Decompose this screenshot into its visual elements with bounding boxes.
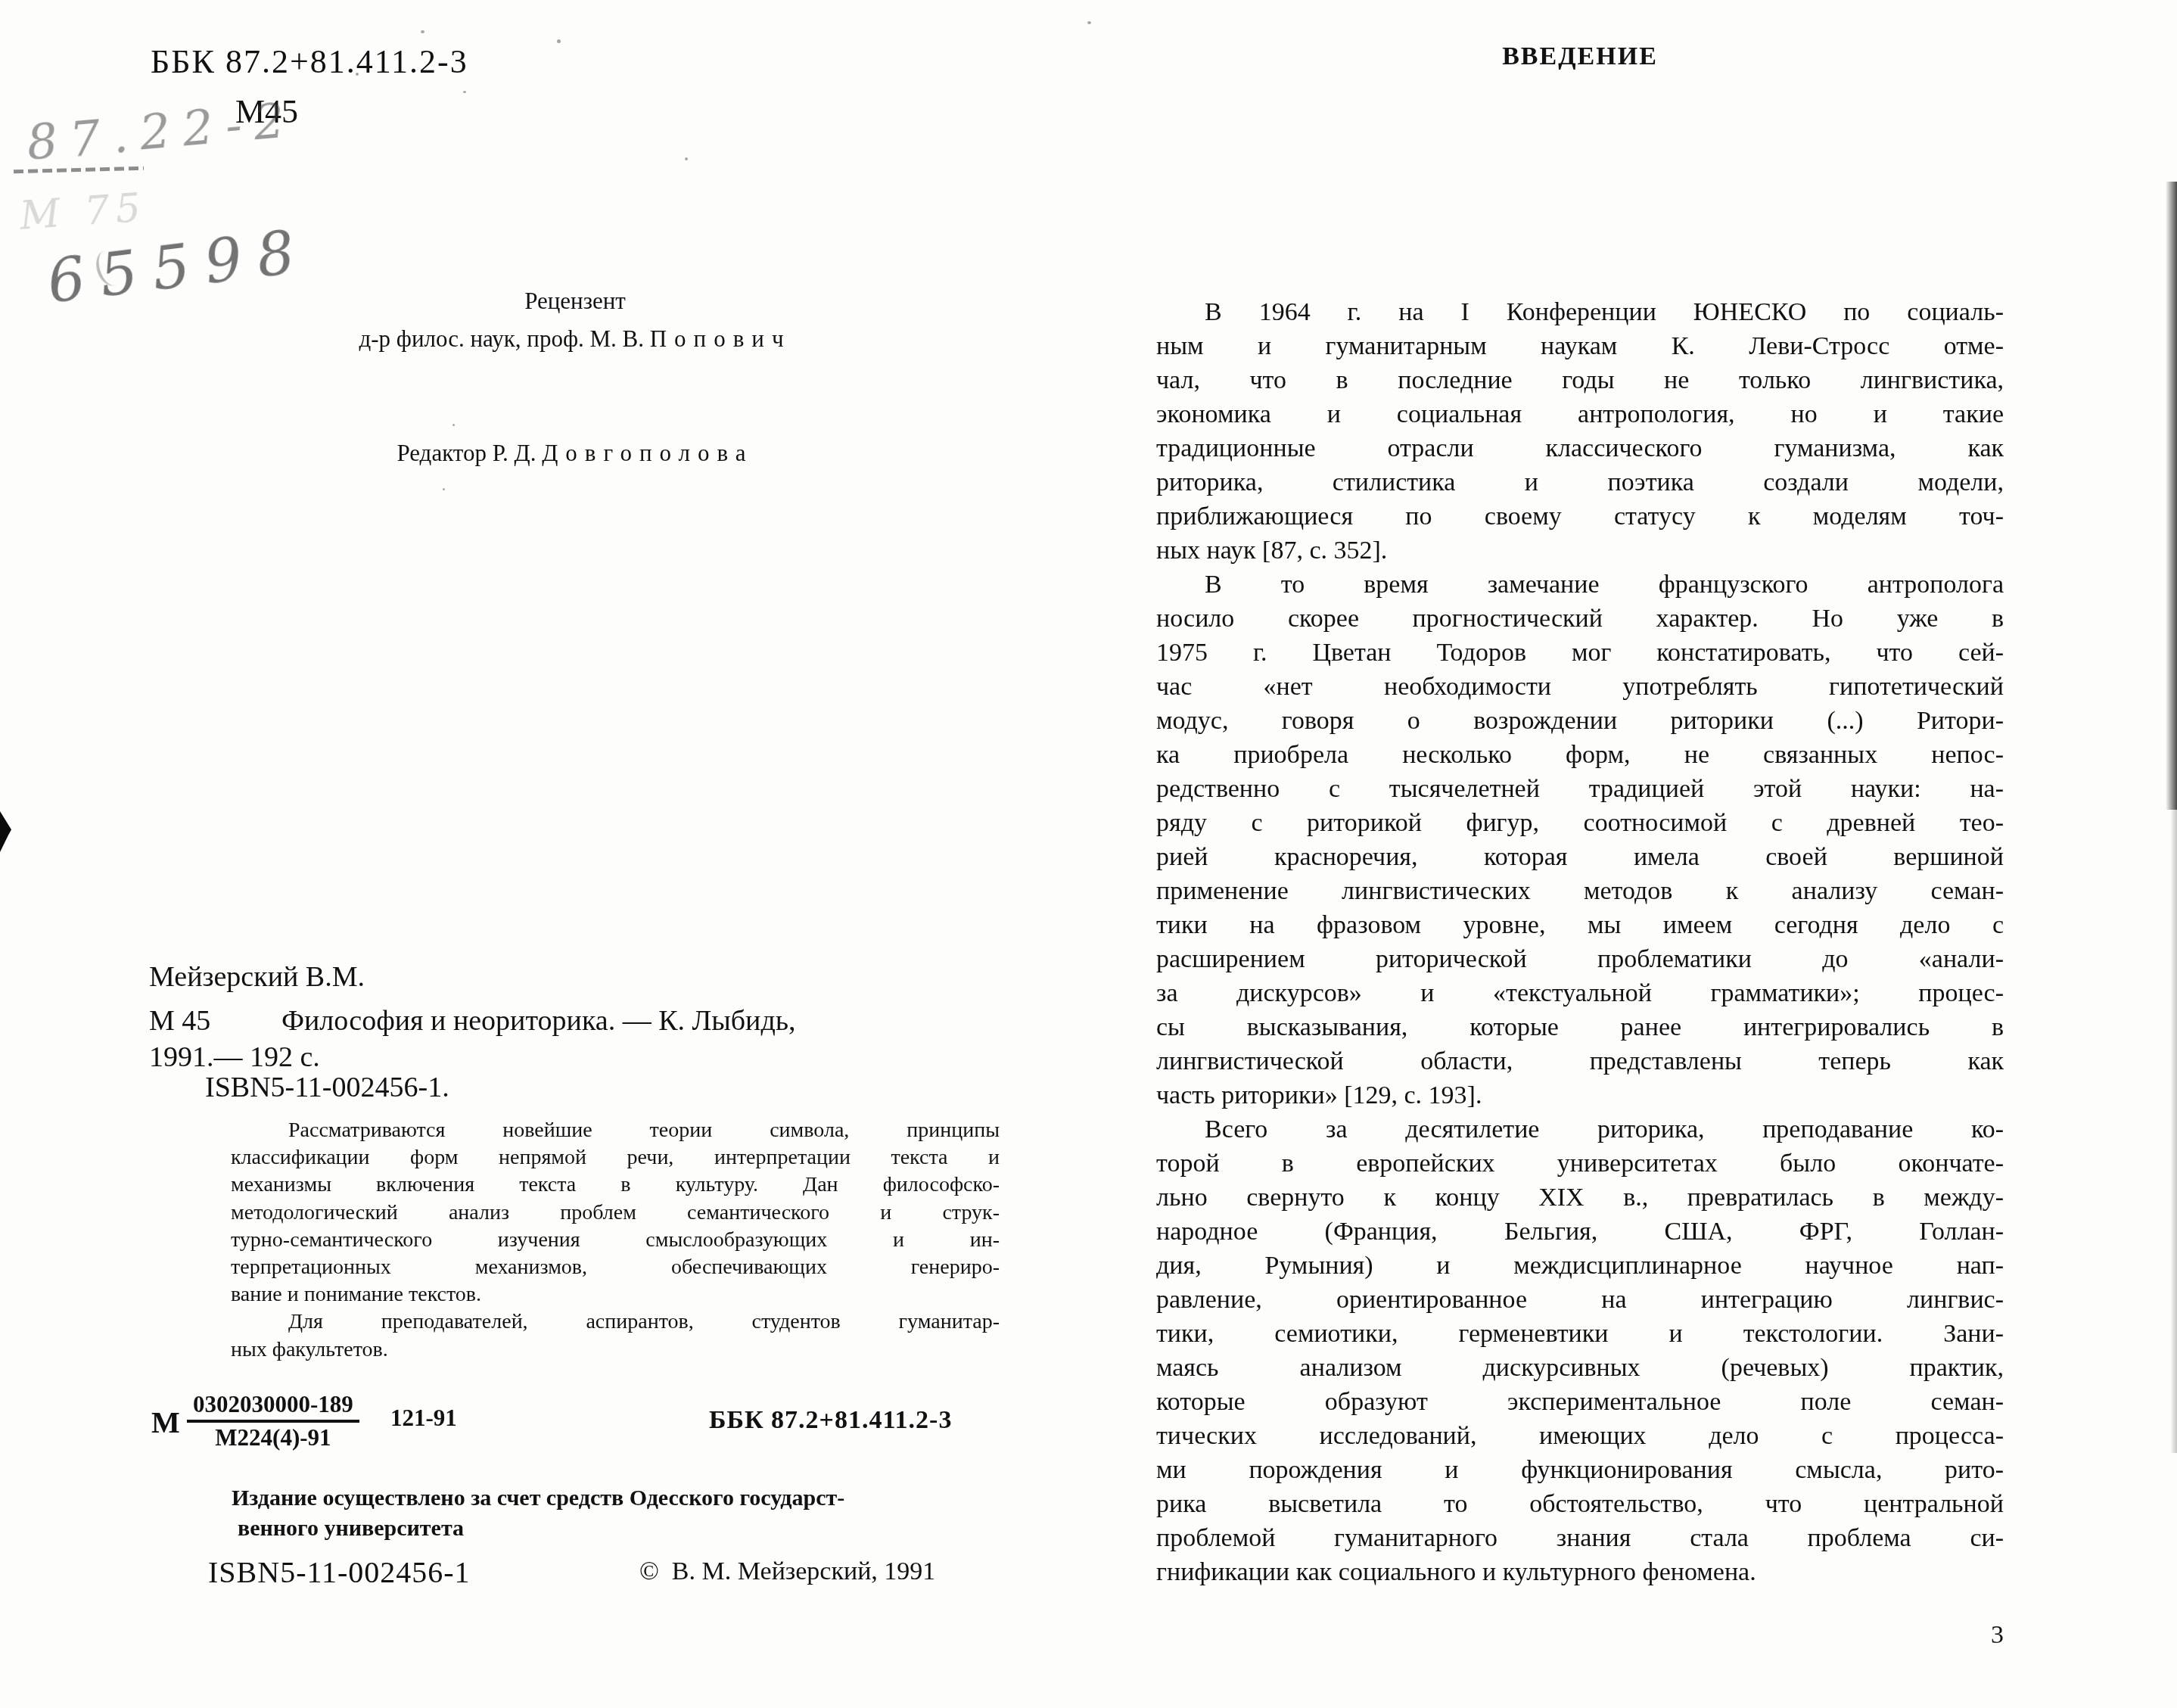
text-line: традиционные отрасли классического гуман… bbox=[1156, 431, 2004, 465]
book-title-imprint: Философия и неориторика. — К. Лыбидь, bbox=[281, 1005, 796, 1037]
text-line: В то время замечание французского антроп… bbox=[1156, 568, 2004, 602]
text-line: приближающиеся по своему статусу к модел… bbox=[1156, 499, 2004, 534]
paragraph: Всего за десятилетие риторика, преподава… bbox=[1156, 1112, 2004, 1589]
text-line: вание и понимание текстов. bbox=[231, 1281, 1000, 1308]
text-line: Для преподавателей, аспирантов, студенто… bbox=[231, 1308, 1000, 1336]
text-line: рика высветила то обстоятельство, что це… bbox=[1156, 1487, 2004, 1521]
funding-line-2: венного университета bbox=[232, 1514, 1026, 1544]
reviewer-name-line: д-р филос. наук, проф. М. В. Попович bbox=[227, 325, 923, 353]
funding-line-1: Издание осуществлено за счет средств Оде… bbox=[232, 1483, 1026, 1514]
text-line: В 1964 г. на I Конференции ЮНЕСКО по соц… bbox=[1156, 295, 2004, 329]
editor-surname: Довгополова bbox=[542, 440, 753, 466]
scan-speck bbox=[421, 30, 425, 33]
text-line: классификации форм непрямой речи, интерп… bbox=[231, 1144, 1000, 1171]
text-line: чал, что в последние годы не только линг… bbox=[1156, 363, 2004, 397]
catalog-title-line: М 45Философия и неориторика. — К. Лыбидь… bbox=[149, 1003, 989, 1039]
text-line: носило скорее прогностический характер. … bbox=[1156, 602, 2004, 636]
copyright-line: © В. М. Мейзерский, 1991 bbox=[639, 1557, 935, 1586]
text-line: часть риторики» [129, с. 193]. bbox=[1156, 1078, 2004, 1112]
reviewer-label: Рецензент bbox=[227, 288, 923, 315]
page-number: 3 bbox=[1156, 1621, 2004, 1650]
text-line: тики, семиотики, герменевтики и текстоло… bbox=[1156, 1317, 2004, 1351]
text-line: модус, говоря о возрождении риторики (..… bbox=[1156, 704, 2004, 738]
text-line: которые образуют экспериментальное поле … bbox=[1156, 1385, 2004, 1419]
reviewer-surname: Попович bbox=[650, 325, 791, 352]
index-prefix: М bbox=[151, 1405, 180, 1440]
text-line: тических исследований, имеющих дело с пр… bbox=[1156, 1419, 2004, 1453]
scan-speck bbox=[443, 488, 445, 490]
scan-speck bbox=[453, 424, 455, 426]
text-line: ряду с риторикой фигур, соотносимой с др… bbox=[1156, 806, 2004, 840]
handwritten-call-number: 87.22-2 bbox=[24, 93, 299, 173]
funding-note: Издание осуществлено за счет средств Оде… bbox=[232, 1483, 1026, 1544]
scan-speck bbox=[463, 91, 466, 93]
text-line: расширением риторической проблематики до… bbox=[1156, 942, 2004, 976]
text-line: тики на фразовом уровне, мы имеем сегодн… bbox=[1156, 908, 2004, 942]
catalog-entry-code: М 45 bbox=[149, 1003, 281, 1039]
text-line: Всего за десятилетие риторика, преподава… bbox=[1156, 1112, 2004, 1146]
text-line: равление, ориентированное на интеграцию … bbox=[1156, 1283, 2004, 1317]
catalog-isbn: ISBN5-11-002456-1. bbox=[149, 1070, 1045, 1106]
chapter-heading: ВВЕДЕНИЕ bbox=[1156, 42, 2004, 71]
isbn-bottom: ISBN5-11-002456-1 bbox=[208, 1554, 471, 1590]
text-line: гнификации как социального и культурного… bbox=[1156, 1555, 2004, 1589]
index-fraction: 0302030000-189 М224(4)-91 bbox=[187, 1391, 359, 1451]
text-line: ных наук [87, с. 352]. bbox=[1156, 534, 2004, 568]
text-line: терпретационных механизмов, обеспечивающ… bbox=[231, 1254, 1000, 1281]
book-spread-scan: ББК 87.2+81.411.2-3 М45 87.22-2 М 75 655… bbox=[0, 0, 2177, 1708]
text-line: лингвистической области, представлены те… bbox=[1156, 1044, 2004, 1078]
text-line: ка приобрела несколько форм, не связанны… bbox=[1156, 738, 2004, 772]
paragraph: В то время замечание французского антроп… bbox=[1156, 568, 2004, 1112]
index-suffix: 121-91 bbox=[390, 1405, 457, 1432]
copyright-icon: © bbox=[639, 1557, 659, 1585]
text-line: дия, Румыния) и междисциплинарное научно… bbox=[1156, 1249, 2004, 1283]
text-line: 1975 г. Цветан Тодоров мог констатироват… bbox=[1156, 636, 2004, 670]
scan-edge-shadow-faint bbox=[2170, 810, 2177, 1453]
scan-speck bbox=[685, 157, 688, 160]
scan-speck bbox=[1087, 21, 1091, 24]
copyright-holder: В. М. Мейзерский, 1991 bbox=[672, 1557, 936, 1585]
text-line: за дискурсов» и «текстуальной грамматики… bbox=[1156, 976, 2004, 1010]
scan-edge-mark bbox=[0, 811, 11, 852]
index-numerator: 0302030000-189 bbox=[187, 1391, 359, 1423]
text-line: экономика и социальная антропология, но … bbox=[1156, 397, 2004, 431]
editor-line: Редактор Р. Д. Довгополова bbox=[227, 440, 923, 467]
handwritten-author-mark: М 75 bbox=[18, 185, 148, 239]
scan-speck bbox=[356, 73, 359, 76]
text-line: маясь анализом дискурсивных (речевых) пр… bbox=[1156, 1351, 2004, 1385]
bbk-classification-bottom: ББК 87.2+81.411.2-3 bbox=[709, 1406, 952, 1435]
text-line: народное (Франция, Бельгия, США, ФРГ, Го… bbox=[1156, 1215, 2004, 1249]
text-line: ных факультетов. bbox=[231, 1336, 1000, 1364]
scan-speck bbox=[557, 39, 561, 43]
text-line: рией красноречия, которая имела своей ве… bbox=[1156, 840, 2004, 874]
reviewer-degrees: д-р филос. наук, проф. М. В. bbox=[359, 325, 644, 352]
catalog-author: Мейзерский В.М. bbox=[149, 960, 989, 995]
annotation-block: Рассматриваются новейшие теории символа,… bbox=[231, 1117, 1000, 1364]
text-line: редственно с тысячелетней традицией этой… bbox=[1156, 772, 2004, 806]
index-denominator: М224(4)-91 bbox=[187, 1423, 359, 1451]
text-line: проблемой гуманитарного знания стала про… bbox=[1156, 1521, 2004, 1555]
text-line: ми порождения и функционирования смысла,… bbox=[1156, 1453, 2004, 1487]
text-line: торой в европейских университетах было о… bbox=[1156, 1146, 2004, 1181]
editor-role-initials: Редактор Р. Д. bbox=[397, 440, 536, 466]
text-line: турно-семантического изучения смыслообра… bbox=[231, 1227, 1000, 1254]
paragraph: В 1964 г. на I Конференции ЮНЕСКО по соц… bbox=[1156, 295, 2004, 568]
text-line: ным и гуманитарным наукам К. Леви-Стросс… bbox=[1156, 329, 2004, 363]
text-line: сы высказывания, которые ранее интегриро… bbox=[1156, 1010, 2004, 1044]
text-line: риторика, стилистика и поэтика создали м… bbox=[1156, 465, 2004, 499]
text-line: льно свернуто к концу XIX в., превратила… bbox=[1156, 1181, 2004, 1215]
bbk-classification-top: ББК 87.2+81.411.2-3 bbox=[151, 42, 468, 81]
paragraph: Для преподавателей, аспирантов, студенто… bbox=[231, 1308, 1000, 1363]
text-line: Рассматриваются новейшие теории символа,… bbox=[231, 1117, 1000, 1144]
scan-edge-shadow bbox=[2166, 182, 2177, 810]
introduction-text: В 1964 г. на I Конференции ЮНЕСКО по соц… bbox=[1156, 295, 2004, 1589]
text-line: применение лингвистических методов к ана… bbox=[1156, 874, 2004, 908]
text-line: час «нет необходимости употреблять гипот… bbox=[1156, 670, 2004, 704]
text-line: методологический анализ проблем семантич… bbox=[231, 1199, 1000, 1227]
text-line: механизмы включения текста в культуру. Д… bbox=[231, 1171, 1000, 1199]
paragraph: Рассматриваются новейшие теории символа,… bbox=[231, 1117, 1000, 1308]
